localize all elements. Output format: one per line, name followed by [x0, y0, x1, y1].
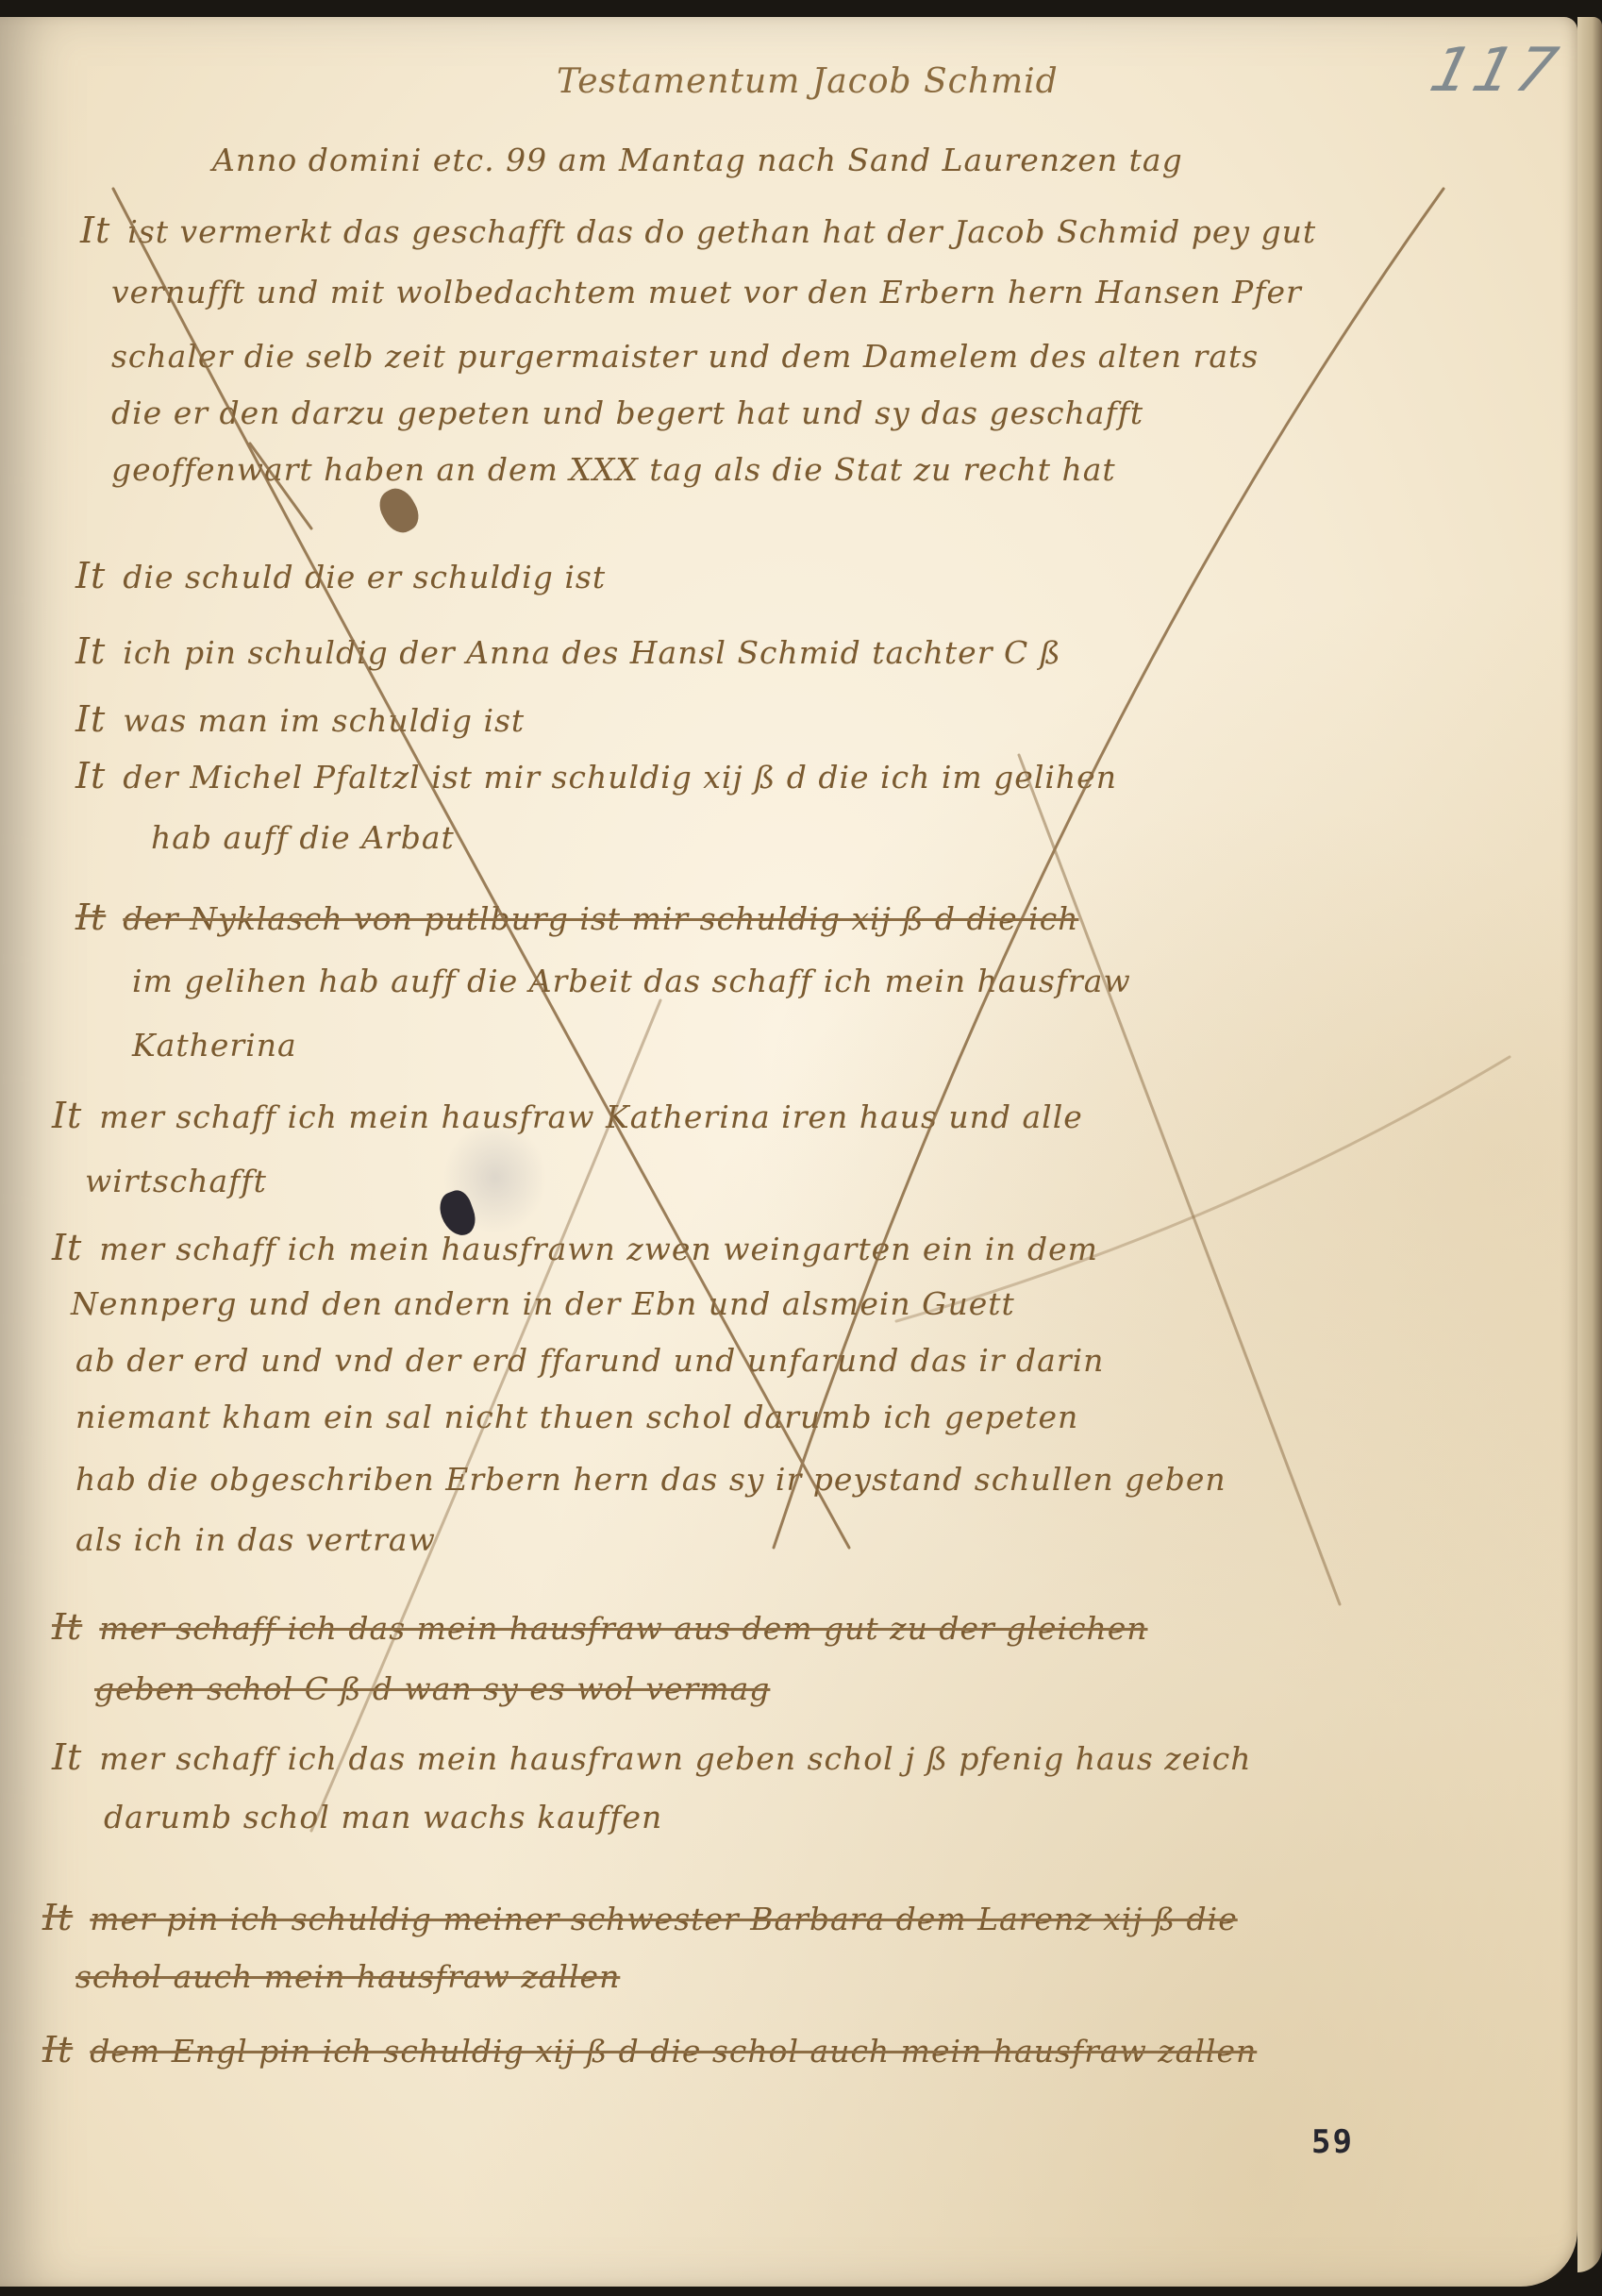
text-line-2: Itist vermerkt das geschafft das do geth… — [80, 209, 1316, 251]
line-text: schaler die selb zeit purgermaister und … — [111, 338, 1259, 375]
text-line-14: Katherina — [132, 1027, 297, 1064]
item-prefix: It — [75, 897, 106, 938]
line-text: geben schol C ß d wan sy es wol vermag — [94, 1670, 770, 1707]
line-text: mer schaff ich mein hausfraw Katherina i… — [99, 1098, 1083, 1135]
text-line-8: Itich pin schuldig der Anna des Hansl Sc… — [75, 630, 1061, 672]
line-text: niemant kham ein sal nicht thuen schol d… — [75, 1399, 1078, 1435]
text-line-4: schaler die selb zeit purgermaister und … — [111, 338, 1259, 375]
line-text: im gelihen hab auff die Arbeit das schaf… — [132, 963, 1131, 999]
item-prefix: It — [75, 755, 106, 796]
text-line-10: Itder Michel Pfaltzl ist mir schuldig xi… — [75, 755, 1117, 796]
text-line-22: als ich in das vertraw — [75, 1521, 436, 1558]
text-line-9: Itwas man im schuldig ist — [75, 698, 525, 740]
line-text: mer pin ich schuldig meiner schwester Ba… — [90, 1901, 1237, 1937]
line-text: Anno domini etc. 99 am Mantag nach Sand … — [212, 142, 1183, 178]
line-text: geoffenwart haben an dem XXX tag als die… — [111, 451, 1116, 488]
line-text: mer schaff ich das mein hausfraw aus dem… — [99, 1610, 1147, 1647]
text-line-27: Itmer pin ich schuldig meiner schwester … — [42, 1897, 1238, 1938]
line-text: die er den darzu gepeten und begert hat … — [111, 394, 1143, 431]
text-line-25: Itmer schaff ich das mein hausfrawn gebe… — [52, 1736, 1252, 1778]
line-text: hab auff die Arbat — [151, 819, 455, 856]
text-line-19: ab der erd und vnd der erd ffarund und u… — [75, 1342, 1104, 1379]
text-line-15: Itmer schaff ich mein hausfraw Katherina… — [52, 1095, 1083, 1136]
line-text: Nennperg und den andern in der Ebn und a… — [71, 1285, 1015, 1322]
text-line-3: vernufft und mit wolbedachtem muet vor d… — [111, 274, 1302, 310]
item-prefix: It — [52, 1095, 82, 1136]
item-prefix: It — [80, 209, 110, 251]
document-heading: Testamentum Jacob Schmid — [557, 62, 1059, 101]
text-line-12: Itder Nyklasch von putlburg ist mir schu… — [75, 897, 1078, 938]
text-line-16: wirtschafft — [85, 1163, 267, 1199]
text-line-17: Itmer schaff ich mein hausfrawn zwen wei… — [52, 1227, 1098, 1268]
line-text: ab der erd und vnd der erd ffarund und u… — [75, 1342, 1104, 1379]
line-text: Katherina — [132, 1027, 297, 1064]
line-text: dem Engl pin ich schuldig xij ß d die sc… — [90, 2033, 1257, 2070]
text-line-29: Itdem Engl pin ich schuldig xij ß d die … — [42, 2029, 1257, 2070]
text-line-13: im gelihen hab auff die Arbeit das schaf… — [132, 963, 1131, 999]
line-text: was man im schuldig ist — [123, 702, 525, 739]
page-edge — [1577, 17, 1602, 2272]
text-line-20: niemant kham ein sal nicht thuen schol d… — [75, 1399, 1078, 1435]
text-line-1: Anno domini etc. 99 am Mantag nach Sand … — [212, 142, 1183, 178]
line-text: ist vermerkt das geschafft das do gethan… — [127, 213, 1316, 250]
line-text: der Nyklasch von putlburg ist mir schuld… — [123, 900, 1078, 937]
line-text: als ich in das vertraw — [75, 1521, 436, 1558]
text-line-6: geoffenwart haben an dem XXX tag als die… — [111, 451, 1116, 488]
text-line-28: schol auch mein hausfraw zallen — [75, 1958, 620, 1995]
item-prefix: It — [42, 2029, 73, 2070]
item-prefix: It — [75, 630, 106, 672]
item-prefix: It — [52, 1736, 82, 1778]
line-text: die schuld die er schuldig ist — [123, 559, 606, 595]
line-text: vernufft und mit wolbedachtem muet vor d… — [111, 274, 1302, 310]
line-text: mer schaff ich das mein hausfrawn geben … — [99, 1740, 1251, 1777]
item-prefix: It — [42, 1897, 73, 1938]
item-prefix: It — [52, 1606, 82, 1648]
text-line-23: Itmer schaff ich das mein hausfraw aus d… — [52, 1606, 1148, 1648]
line-text: darumb schol man wachs kauffen — [104, 1799, 662, 1835]
line-text: hab die obgeschriben Erbern hern das sy … — [75, 1461, 1227, 1498]
item-prefix: It — [75, 555, 106, 596]
folio-number: 117 — [1424, 36, 1568, 106]
text-line-7: Itdie schuld die er schuldig ist — [75, 555, 606, 596]
text-line-24: geben schol C ß d wan sy es wol vermag — [94, 1670, 770, 1707]
text-line-21: hab die obgeschriben Erbern hern das sy … — [75, 1461, 1227, 1498]
line-text: ich pin schuldig der Anna des Hansl Schm… — [123, 634, 1060, 671]
line-text: schol auch mein hausfraw zallen — [75, 1958, 620, 1995]
item-prefix: It — [75, 698, 106, 740]
text-line-26: darumb schol man wachs kauffen — [104, 1799, 662, 1835]
line-text: der Michel Pfaltzl ist mir schuldig xij … — [123, 759, 1117, 796]
text-line-5: die er den darzu gepeten und begert hat … — [111, 394, 1143, 431]
item-prefix: It — [52, 1227, 82, 1268]
archive-stamp-number: 59 — [1311, 2123, 1354, 2161]
text-line-18: Nennperg und den andern in der Ebn und a… — [71, 1285, 1015, 1322]
text-line-11: hab auff die Arbat — [151, 819, 455, 856]
line-text: wirtschafft — [85, 1163, 267, 1199]
line-text: mer schaff ich mein hausfrawn zwen weing… — [99, 1231, 1098, 1267]
